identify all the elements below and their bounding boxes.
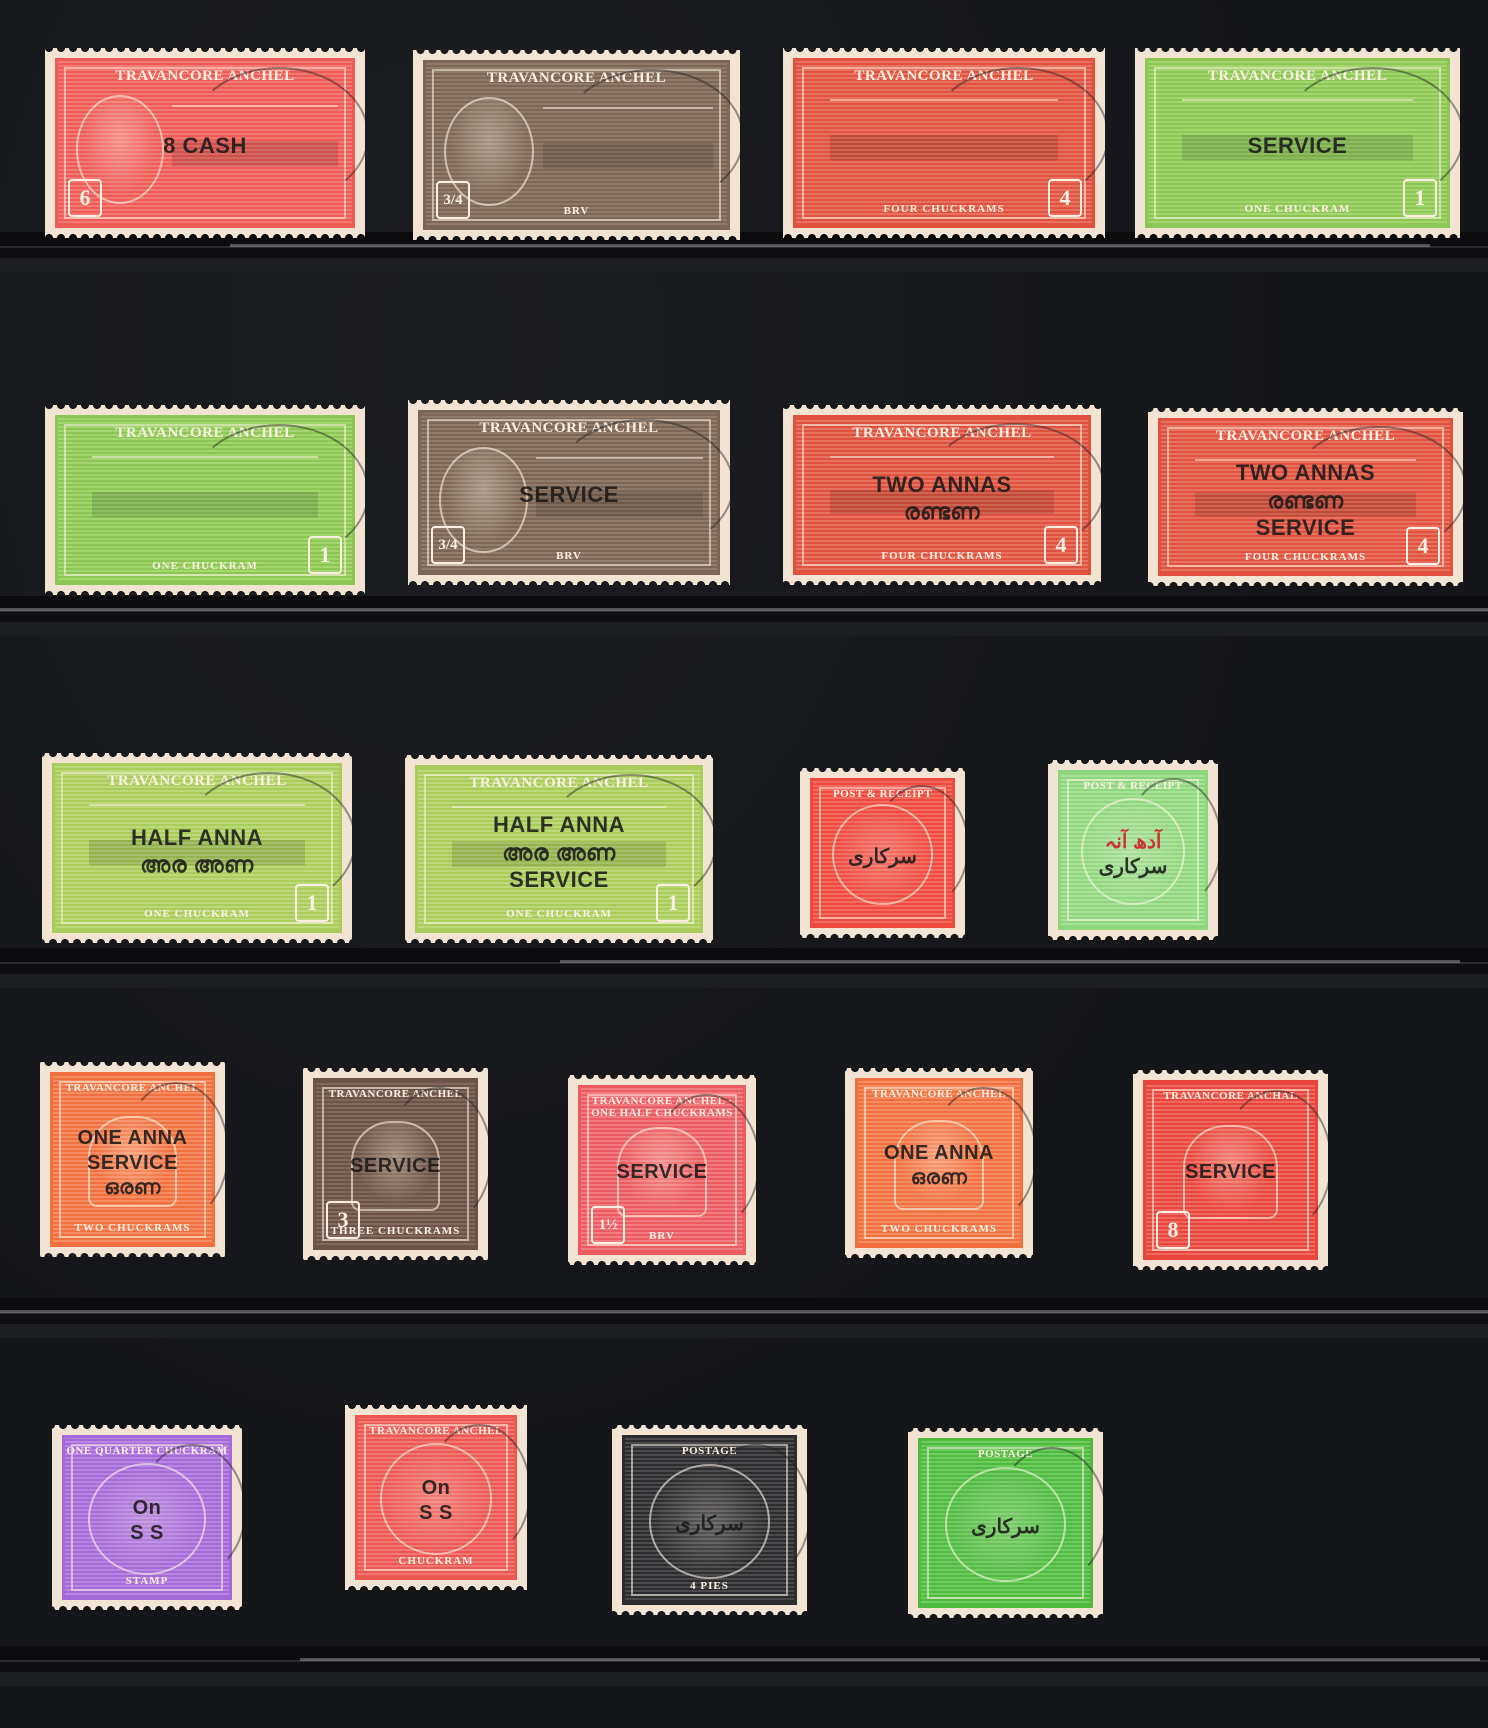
mount-strip bbox=[0, 596, 1488, 636]
overprint-text: S S bbox=[358, 1502, 514, 1525]
stamp-design: TRAVANCORE ANCHAL8SERVICE bbox=[1143, 1080, 1318, 1260]
stamp-header-text: TRAVANCORE ANCHEL · ONE HALF CHUCKRAMS bbox=[581, 1096, 743, 1119]
denomination-value: 1 bbox=[308, 536, 342, 574]
stamp[interactable]: TRAVANCORE ANCHELBRV3/4SERVICE bbox=[408, 400, 730, 585]
stamp-design: ONE QUARTER CHUCKRAMSTAMPOnS S bbox=[62, 1435, 232, 1600]
scene-vignette bbox=[830, 99, 1058, 186]
stamp-header-text: TRAVANCORE ANCHEL bbox=[55, 774, 339, 790]
stamp-footer-text: TWO CHUCKRAMS bbox=[53, 1222, 212, 1234]
stamp-header-text: POSTAGE bbox=[921, 1449, 1090, 1461]
stamp-footer-text: STAMP bbox=[65, 1575, 229, 1587]
overprint-text: SERVICE bbox=[1161, 515, 1450, 541]
stamp-header-text: TRAVANCORE ANCHEL bbox=[418, 776, 700, 792]
stamp-footer-text: TWO CHUCKRAMS bbox=[858, 1223, 1020, 1235]
overprint-text: SERVICE bbox=[418, 867, 700, 893]
overprint-text: سرکاری bbox=[813, 844, 952, 869]
denomination-value: 3/4 bbox=[431, 526, 465, 564]
overprint-text: آدھ آنہ bbox=[1061, 829, 1205, 854]
stamp[interactable]: TRAVANCORE ANCHELONE CHUCKRAM1 bbox=[45, 405, 365, 595]
scene-vignette bbox=[543, 107, 713, 194]
mount-strip bbox=[0, 232, 1488, 272]
stamp[interactable]: TRAVANCORE ANCHELCHUCKRAMOnS S bbox=[345, 1405, 527, 1590]
stamp-footer-text: BRV bbox=[426, 205, 727, 217]
stamp[interactable]: TRAVANCORE ANCHELONE CHUCKRAM1HALF ANNAഅ… bbox=[42, 753, 352, 943]
overprint-text: SERVICE bbox=[581, 1161, 743, 1184]
stamp-header-text: TRAVANCORE ANCHEL bbox=[316, 1089, 475, 1101]
denomination-value: 1 bbox=[1403, 179, 1437, 217]
overprint-text: ഒരണ bbox=[53, 1177, 212, 1200]
stamp[interactable]: TRAVANCORE ANCHELTWO CHUCKRAMSONE ANNAഒര… bbox=[845, 1068, 1033, 1258]
overprint-text: രണ്ടണ bbox=[796, 499, 1088, 525]
overprint-text: SERVICE bbox=[1148, 133, 1447, 159]
stamp[interactable]: TRAVANCORE ANCHELONE CHUCKRAM1HALF ANNAഅ… bbox=[405, 755, 713, 943]
stamp-header-text: ONE QUARTER CHUCKRAM bbox=[65, 1446, 229, 1458]
overprint-text: SERVICE bbox=[1146, 1161, 1315, 1184]
stamp[interactable]: TRAVANCORE ANCHELTWO CHUCKRAMSONE ANNASE… bbox=[40, 1062, 225, 1257]
stamp-header-text: POST & RECEIPT bbox=[1061, 781, 1205, 793]
stamp[interactable]: TRAVANCORE ANCHEL · ONE HALF CHUCKRAMSBR… bbox=[568, 1075, 756, 1265]
stamp-design: TRAVANCORE ANCHELONE CHUCKRAM1HALF ANNAഅ… bbox=[52, 763, 342, 933]
denomination-value: 4 bbox=[1048, 179, 1082, 217]
stamp-design: TRAVANCORE ANCHELTWO CHUCKRAMSONE ANNASE… bbox=[50, 1072, 215, 1247]
stamp-footer-text: 4 PIES bbox=[625, 1580, 794, 1592]
stamp[interactable]: ONE QUARTER CHUCKRAMSTAMPOnS S bbox=[52, 1425, 242, 1610]
stamp-header-text: POST & RECEIPT bbox=[813, 789, 952, 801]
stamp-design: TRAVANCORE ANCHELONE CHUCKRAM1 bbox=[55, 415, 355, 585]
stamp[interactable]: TRAVANCORE ANCHAL8SERVICE bbox=[1133, 1070, 1328, 1270]
overprint-text: ONE ANNA bbox=[53, 1127, 212, 1150]
overprint-text: On bbox=[65, 1497, 229, 1520]
stamp-header-text: TRAVANCORE ANCHEL bbox=[421, 421, 717, 437]
stamp[interactable]: TRAVANCORE ANCHELONE CHUCKRAM1SERVICE bbox=[1135, 48, 1460, 238]
stamp[interactable]: POST & RECEIPTآدھ آنہسرکاری bbox=[1048, 760, 1218, 940]
stamp-design: POST & RECEIPTآدھ آنہسرکاری bbox=[1058, 770, 1208, 930]
stamp-design: TRAVANCORE ANCHEL68 CASH bbox=[55, 58, 355, 228]
mount-strip bbox=[0, 948, 1488, 988]
stamp-design: POSTAGE4 PIESسرکاری bbox=[622, 1435, 797, 1605]
overprint-text: 8 CASH bbox=[58, 133, 352, 159]
stamp-design: TRAVANCORE ANCHELTWO CHUCKRAMSONE ANNAഒര… bbox=[855, 1078, 1023, 1248]
stamp-design: POST & RECEIPTسرکاری bbox=[810, 778, 955, 928]
stamp-footer-text: BRV bbox=[421, 550, 717, 562]
overprint-text: HALF ANNA bbox=[55, 825, 339, 851]
stamp-footer-text: CHUCKRAM bbox=[358, 1555, 514, 1567]
overprint-text: HALF ANNA bbox=[418, 812, 700, 838]
overprint-text: ഒരണ bbox=[858, 1167, 1020, 1190]
denomination-value: 6 bbox=[68, 179, 102, 217]
denomination-value: 3 bbox=[326, 1201, 360, 1239]
overprint-text: سرکاری bbox=[625, 1511, 794, 1536]
stamp-header-text: POSTAGE bbox=[625, 1446, 794, 1458]
stamp-header-text: TRAVANCORE ANCHEL bbox=[58, 426, 352, 442]
stamp[interactable]: TRAVANCORE ANCHELBRV3/4 bbox=[413, 50, 740, 240]
stamp-header-text: TRAVANCORE ANCHEL bbox=[58, 69, 352, 85]
overprint-text: On bbox=[358, 1477, 514, 1500]
stamp-header-text: TRAVANCORE ANCHEL bbox=[858, 1089, 1020, 1101]
stamp[interactable]: TRAVANCORE ANCHELFOUR CHUCKRAMS4TWO ANNA… bbox=[1148, 408, 1463, 586]
stamp[interactable]: TRAVANCORE ANCHELFOUR CHUCKRAMS4 bbox=[783, 48, 1105, 238]
overprint-text: TWO ANNAS bbox=[1161, 460, 1450, 486]
stamp-design: TRAVANCORE ANCHELTHREE CHUCKRAMS3SERVICE bbox=[313, 1078, 478, 1250]
stamp-design: TRAVANCORE ANCHELBRV3/4 bbox=[423, 60, 730, 230]
stamp[interactable]: POSTAGE4 PIESسرکاری bbox=[612, 1425, 807, 1615]
stamp-design: TRAVANCORE ANCHELBRV3/4SERVICE bbox=[418, 410, 720, 575]
stamp-header-text: TRAVANCORE ANCHEL bbox=[426, 71, 727, 87]
overprint-text: سرکاری bbox=[1061, 854, 1205, 879]
stamp-header-text: TRAVANCORE ANCHEL bbox=[796, 426, 1088, 442]
overprint-text: രണ്ടണ bbox=[1161, 488, 1450, 514]
denomination-value: 8 bbox=[1156, 1211, 1190, 1249]
stamp-header-text: TRAVANCORE ANCHEL bbox=[1148, 69, 1447, 85]
stamp-design: POSTAGEسرکاری bbox=[918, 1438, 1093, 1608]
mount-strip bbox=[0, 1298, 1488, 1338]
overprint-text: SERVICE bbox=[421, 482, 717, 508]
overprint-text: SERVICE bbox=[316, 1155, 475, 1178]
overprint-text: TWO ANNAS bbox=[796, 472, 1088, 498]
mount-strip bbox=[0, 1646, 1488, 1686]
stamp[interactable]: TRAVANCORE ANCHELFOUR CHUCKRAMS4TWO ANNA… bbox=[783, 405, 1101, 585]
overprint-text: S S bbox=[65, 1522, 229, 1545]
stamp[interactable]: POST & RECEIPTسرکاری bbox=[800, 768, 965, 938]
overprint-text: അര അണ bbox=[55, 852, 339, 878]
denomination-value: 1 bbox=[295, 884, 329, 922]
stamp-design: TRAVANCORE ANCHELFOUR CHUCKRAMS4TWO ANNA… bbox=[793, 415, 1091, 575]
stamp[interactable]: POSTAGEسرکاری bbox=[908, 1428, 1103, 1618]
overprint-text: سرکاری bbox=[921, 1514, 1090, 1539]
stamp-header-text: TRAVANCORE ANCHAL bbox=[1146, 1091, 1315, 1103]
overprint-text: അര അണ bbox=[418, 840, 700, 866]
stamp-design: TRAVANCORE ANCHELFOUR CHUCKRAMS4 bbox=[793, 58, 1095, 228]
stamp-header-text: TRAVANCORE ANCHEL bbox=[796, 69, 1092, 85]
stamp[interactable]: TRAVANCORE ANCHEL68 CASH bbox=[45, 48, 365, 238]
stamp-header-text: TRAVANCORE ANCHEL bbox=[358, 1426, 514, 1438]
denomination-value: 4 bbox=[1044, 526, 1078, 564]
stamp-design: TRAVANCORE ANCHEL · ONE HALF CHUCKRAMSBR… bbox=[578, 1085, 746, 1255]
stamp-header-text: TRAVANCORE ANCHEL bbox=[1161, 429, 1450, 445]
denomination-value: 3/4 bbox=[436, 181, 470, 219]
overprint-text: SERVICE bbox=[53, 1152, 212, 1175]
stamp-design: TRAVANCORE ANCHELCHUCKRAMOnS S bbox=[355, 1415, 517, 1580]
scene-vignette bbox=[92, 456, 318, 543]
denomination-value: 1½ bbox=[591, 1206, 625, 1244]
overprint-text: ONE ANNA bbox=[858, 1142, 1020, 1165]
stamp-design: TRAVANCORE ANCHELONE CHUCKRAM1HALF ANNAഅ… bbox=[415, 765, 703, 933]
stamp[interactable]: TRAVANCORE ANCHELTHREE CHUCKRAMS3SERVICE bbox=[303, 1068, 488, 1260]
stamp-design: TRAVANCORE ANCHELONE CHUCKRAM1SERVICE bbox=[1145, 58, 1450, 228]
stamp-header-text: TRAVANCORE ANCHEL bbox=[53, 1083, 212, 1095]
stamp-design: TRAVANCORE ANCHELFOUR CHUCKRAMS4TWO ANNA… bbox=[1158, 418, 1453, 576]
